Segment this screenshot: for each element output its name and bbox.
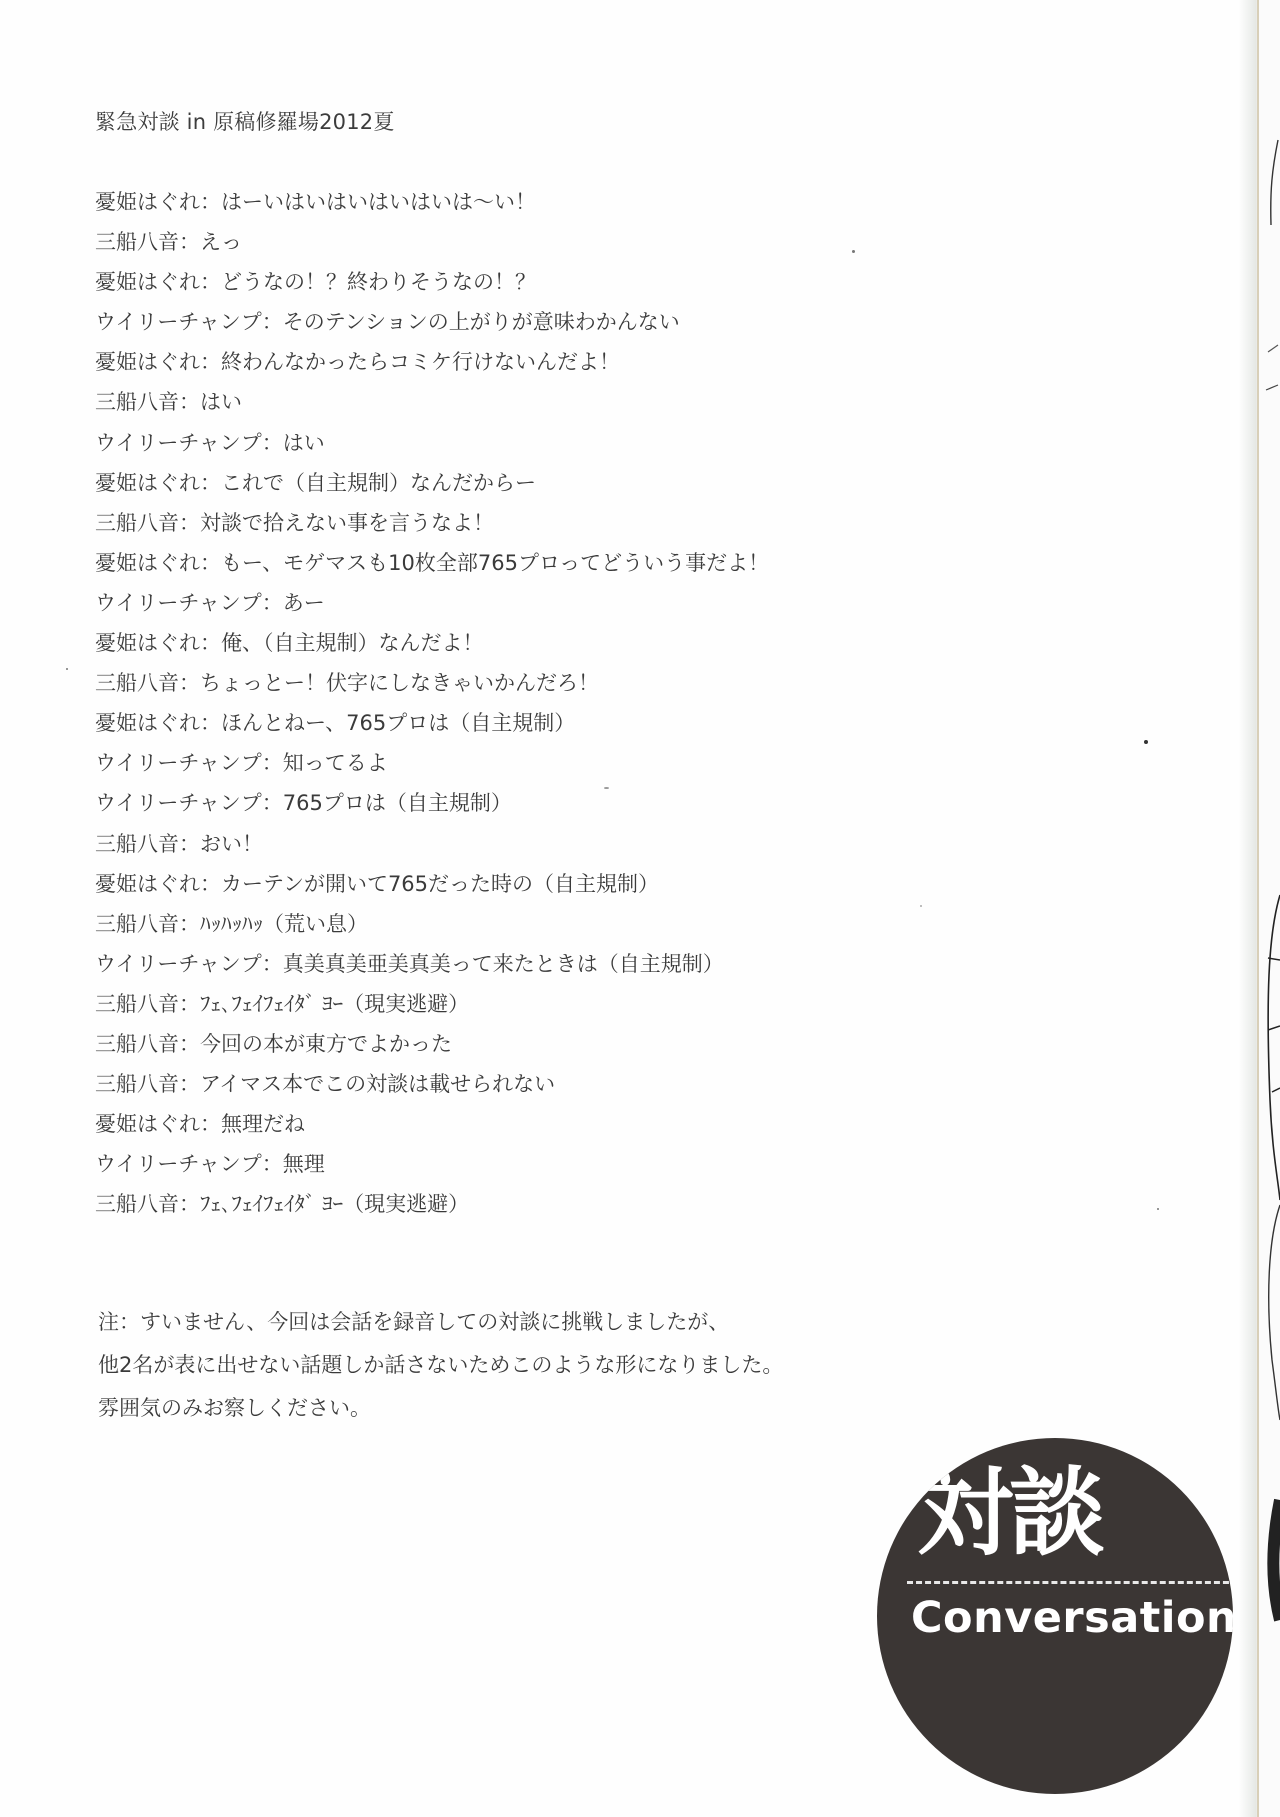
speaker-separator: ： [200, 471, 221, 495]
dialogue-line: ウイリーチャンプ：765プロは（自主規制） [95, 789, 769, 829]
dialogue-text: 765プロは（自主規制） [283, 791, 512, 815]
note-line: 雰囲気のみお察しください。 [98, 1394, 783, 1437]
dialogue-text: 俺、（自主規制）なんだよ！ [221, 631, 484, 655]
dialogue-text: あー [283, 591, 325, 615]
speaker-separator: ： [179, 671, 200, 695]
dialogue-list: 憂姫はぐれ：はーいはいはいはいはいは～い！三船八音：えっ憂姫はぐれ：どうなの！？… [95, 188, 769, 1230]
dialogue-line: 憂姫はぐれ：ほんとねー、765プロは（自主規制） [95, 709, 769, 749]
dialogue-line: ウイリーチャンプ：そのテンションの上がりが意味わかんない [95, 308, 769, 348]
dialogue-text: どうなの！？終わりそうなの！？ [221, 270, 536, 294]
speaker-separator: ： [179, 230, 200, 254]
speaker-separator: ： [200, 190, 221, 214]
dialogue-text: 無理 [283, 1152, 325, 1176]
badge-title-jp: 対談 [917, 1458, 1101, 1568]
speaker-separator: ： [262, 751, 283, 775]
speaker-name: 三船八音 [95, 992, 179, 1016]
dialogue-line: 憂姫はぐれ：終わんなかったらコミケ行けないんだよ！ [95, 348, 769, 388]
dialogue-line: 憂姫はぐれ：俺、（自主規制）なんだよ！ [95, 629, 769, 669]
speaker-separator: ： [262, 591, 283, 615]
conversation-badge: 対談 Conversation [877, 1438, 1233, 1794]
speaker-name: ウイリーチャンプ [95, 591, 262, 615]
speaker-name: ウイリーチャンプ [95, 310, 262, 334]
speaker-name: 三船八音 [95, 912, 179, 936]
speaker-name: 三船八音 [95, 390, 179, 414]
dialogue-line: 三船八音：今回の本が東方でよかった [95, 1030, 769, 1070]
speaker-separator: ： [179, 511, 200, 535]
dialogue-line: ウイリーチャンプ：真美真美亜美真美って来たときは（自主規制） [95, 950, 769, 990]
dialogue-line: 憂姫はぐれ：はーいはいはいはいはいは～い！ [95, 188, 769, 228]
dialogue-line: 憂姫はぐれ：もー、モゲマスも10枚全部765プロってどういう事だよ！ [95, 549, 769, 589]
speaker-name: 憂姫はぐれ [95, 551, 200, 575]
dialogue-line: 憂姫はぐれ：無理だね [95, 1110, 769, 1150]
dialogue-text: カーテンが開いて765だった時の（自主規制） [221, 872, 659, 896]
dialogue-text: 対談で拾えない事を言うなよ！ [200, 511, 494, 535]
note-line: 他2名が表に出せない話題しか話さないためこのような形になりました。 [98, 1351, 783, 1394]
speaker-name: 三船八音 [95, 1192, 179, 1216]
dialogue-text: はい [200, 390, 242, 414]
speaker-name: 三船八音 [95, 1072, 179, 1096]
speaker-name: 憂姫はぐれ [95, 631, 200, 655]
speaker-separator: ： [200, 350, 221, 374]
speaker-separator: ： [262, 791, 283, 815]
speaker-name: 憂姫はぐれ [95, 190, 200, 214]
dialogue-text: はーいはいはいはいはいは～い！ [221, 190, 536, 214]
speaker-name: ウイリーチャンプ [95, 751, 262, 775]
speaker-name: 憂姫はぐれ [95, 350, 200, 374]
speaker-separator: ： [262, 431, 283, 455]
speaker-separator: ： [179, 390, 200, 414]
speaker-name: 憂姫はぐれ [95, 711, 200, 735]
dialogue-line: 憂姫はぐれ：カーテンが開いて765だった時の（自主規制） [95, 870, 769, 910]
speaker-name: 憂姫はぐれ [95, 270, 200, 294]
badge-dashed-divider [907, 1581, 1233, 1584]
speaker-separator: ： [179, 1192, 200, 1216]
dialogue-line: 憂姫はぐれ：これで（自主規制）なんだからー [95, 469, 769, 509]
dialogue-line: ウイリーチャンプ：無理 [95, 1150, 769, 1190]
speaker-name: 憂姫はぐれ [95, 872, 200, 896]
dialogue-text: はい [283, 431, 325, 455]
note-line: 注：すいません、今回は会話を録音しての対談に挑戦しましたが、 [98, 1308, 783, 1351]
speaker-separator: ： [179, 832, 200, 856]
speaker-separator: ： [200, 631, 221, 655]
dialogue-text: ﾌｪ､ﾌｪｲﾌｪｲﾀﾞ ﾖｰ（現実逃避） [200, 1192, 469, 1216]
dialogue-text: おい！ [200, 832, 263, 856]
dialogue-line: 憂姫はぐれ：どうなの！？終わりそうなの！？ [95, 268, 769, 308]
dialogue-line: 三船八音：ﾌｪ､ﾌｪｲﾌｪｲﾀﾞ ﾖｰ（現実逃避） [95, 990, 769, 1030]
dialogue-text: アイマス本でこの対談は載せられない [200, 1072, 555, 1096]
document-page: 緊急対談 in 原稿修羅場2012夏 憂姫はぐれ：はーいはいはいはいはいは～い！… [0, 0, 1280, 1817]
speaker-separator: ： [179, 1032, 200, 1056]
page-title: 緊急対談 in 原稿修羅場2012夏 [95, 108, 395, 136]
speaker-separator: ： [179, 1072, 200, 1096]
speaker-name: 三船八音 [95, 1032, 179, 1056]
speaker-name: ウイリーチャンプ [95, 431, 262, 455]
speaker-separator: ： [179, 992, 200, 1016]
dialogue-text: 終わんなかったらコミケ行けないんだよ！ [221, 350, 620, 374]
speaker-separator: ： [262, 952, 283, 976]
dialogue-line: 三船八音：ﾊｯﾊｯﾊｯ（荒い息） [95, 910, 769, 950]
dialogue-line: 三船八音：アイマス本でこの対談は載せられない [95, 1070, 769, 1110]
notes-block: 注：すいません、今回は会話を録音しての対談に挑戦しましたが、 他2名が表に出せな… [98, 1308, 783, 1437]
speaker-separator: ： [200, 1112, 221, 1136]
dialogue-line: ウイリーチャンプ：知ってるよ [95, 749, 769, 789]
facing-page-sketch-lines [1238, 0, 1280, 1817]
speaker-separator: ： [200, 872, 221, 896]
speaker-name: 三船八音 [95, 230, 179, 254]
dialogue-text: 無理だね [221, 1112, 305, 1136]
dialogue-line: ウイリーチャンプ：はい [95, 429, 769, 469]
dialogue-line: 三船八音：ﾌｪ､ﾌｪｲﾌｪｲﾀﾞ ﾖｰ（現実逃避） [95, 1190, 769, 1230]
dialogue-text: 知ってるよ [283, 751, 388, 775]
dialogue-text: 真美真美亜美真美って来たときは（自主規制） [283, 952, 724, 976]
dialogue-line: ウイリーチャンプ：あー [95, 589, 769, 629]
dialogue-line: 三船八音：ちょっとー！伏字にしなきゃいかんだろ！ [95, 669, 769, 709]
dialogue-line: 三船八音：おい！ [95, 830, 769, 870]
speaker-separator: ： [200, 270, 221, 294]
speaker-separator: ： [179, 912, 200, 936]
dialogue-text: 今回の本が東方でよかった [200, 1032, 452, 1056]
speaker-name: 三船八音 [95, 671, 179, 695]
dialogue-line: 三船八音：対談で拾えない事を言うなよ！ [95, 509, 769, 549]
speaker-separator: ： [200, 711, 221, 735]
speaker-name: 憂姫はぐれ [95, 471, 200, 495]
speaker-name: ウイリーチャンプ [95, 791, 262, 815]
dialogue-text: ちょっとー！伏字にしなきゃいかんだろ！ [200, 671, 599, 695]
speaker-separator: ： [262, 310, 283, 334]
dialogue-text: もー、モゲマスも10枚全部765プロってどういう事だよ！ [221, 551, 769, 575]
speaker-name: 三船八音 [95, 511, 179, 535]
speaker-separator: ： [262, 1152, 283, 1176]
speaker-name: 憂姫はぐれ [95, 1112, 200, 1136]
dialogue-text: これで（自主規制）なんだからー [221, 471, 536, 495]
speaker-separator: ： [200, 551, 221, 575]
dialogue-text: そのテンションの上がりが意味わかんない [283, 310, 680, 334]
dialogue-line: 三船八音：えっ [95, 228, 769, 268]
speaker-name: ウイリーチャンプ [95, 952, 262, 976]
dialogue-text: ﾌｪ､ﾌｪｲﾌｪｲﾀﾞ ﾖｰ（現実逃避） [200, 992, 469, 1016]
speaker-name: ウイリーチャンプ [95, 1152, 262, 1176]
dialogue-text: えっ [200, 230, 242, 254]
badge-title-en: Conversation [911, 1588, 1233, 1648]
dialogue-line: 三船八音：はい [95, 388, 769, 428]
dialogue-text: ﾊｯﾊｯﾊｯ（荒い息） [200, 912, 368, 936]
speaker-name: 三船八音 [95, 832, 179, 856]
dialogue-text: ほんとねー、765プロは（自主規制） [221, 711, 575, 735]
